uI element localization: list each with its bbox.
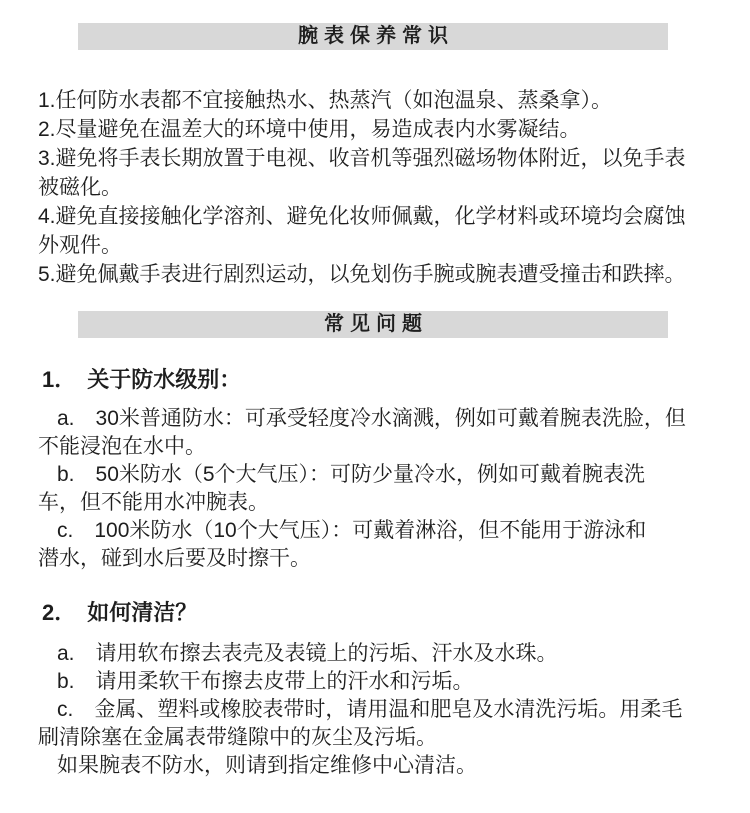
faq-q2-note-line: 如果腕表不防水，则请到指定维修中心清洁。 [38, 752, 750, 780]
faq-q1-line: b. 50米防水（5个大气压）：可防少量冷水，例如可戴着腕表洗 [38, 461, 750, 489]
faq-q1-line: c. 100米防水（10个大气压）：可戴着淋浴，但不能用于游泳和 [38, 517, 750, 545]
watch-care-document: 腕表保养常识 1.任何防水表都不宜接触热水、热蒸汽（如泡温泉、蒸桑拿）。 2.尽… [0, 0, 750, 813]
faq-q2-heading: 2． 如何清洁？ [42, 598, 750, 628]
care-tip-line: 5.避免佩戴手表进行剧烈运动，以免划伤手腕或腕表遭受撞击和跌摔。 [38, 260, 750, 289]
faq-q1-line: 车，但不能用水冲腕表。 [38, 489, 750, 517]
faq-q2-line: b. 请用柔软干布擦去皮带上的汗水和污垢。 [38, 668, 750, 696]
care-tip-line: 1.任何防水表都不宜接触热水、热蒸汽（如泡温泉、蒸桑拿）。 [38, 86, 750, 115]
faq-q1-line: 潜水，碰到水后要及时擦干。 [38, 545, 750, 573]
care-tips-list: 1.任何防水表都不宜接触热水、热蒸汽（如泡温泉、蒸桑拿）。 2.尽量避免在温差大… [38, 86, 750, 289]
care-section-title: 腕表保养常识 [298, 25, 454, 47]
faq-q2-line: 刷清除塞在金属表带缝隙中的灰尘及污垢。 [38, 724, 750, 752]
care-tip-line: 2.尽量避免在温差大的环境中使用，易造成表内水雾凝结。 [38, 115, 750, 144]
faq-section-title: 常见问题 [324, 313, 428, 335]
care-tip-line: 4.避免直接接触化学溶剂、避免化妆师佩戴，化学材料或环境均会腐蚀 [38, 202, 750, 231]
faq-q1-line: 不能浸泡在水中。 [38, 433, 750, 461]
care-tip-line: 外观件。 [38, 231, 750, 260]
faq-q2-line: c. 金属、塑料或橡胶表带时，请用温和肥皂及水清洗污垢。用柔毛 [38, 696, 750, 724]
faq-q1-heading: 1． 关于防水级别： [42, 365, 750, 395]
faq-q2-answer: a. 请用软布擦去表壳及表镜上的污垢、汗水及水珠。 b. 请用柔软干布擦去皮带上… [38, 640, 750, 780]
care-tip-line: 被磁化。 [38, 173, 750, 202]
faq-q1-answer: a. 30米普通防水：可承受轻度冷水滴溅，例如可戴着腕表洗脸，但 不能浸泡在水中… [38, 405, 750, 573]
faq-section-title-bar: 常见问题 [78, 311, 668, 338]
faq-q2-line: a. 请用软布擦去表壳及表镜上的污垢、汗水及水珠。 [38, 640, 750, 668]
care-tip-line: 3.避免将手表长期放置于电视、收音机等强烈磁场物体附近，以免手表 [38, 144, 750, 173]
care-section-title-bar: 腕表保养常识 [78, 23, 668, 50]
faq-q1-line: a. 30米普通防水：可承受轻度冷水滴溅，例如可戴着腕表洗脸，但 [38, 405, 750, 433]
